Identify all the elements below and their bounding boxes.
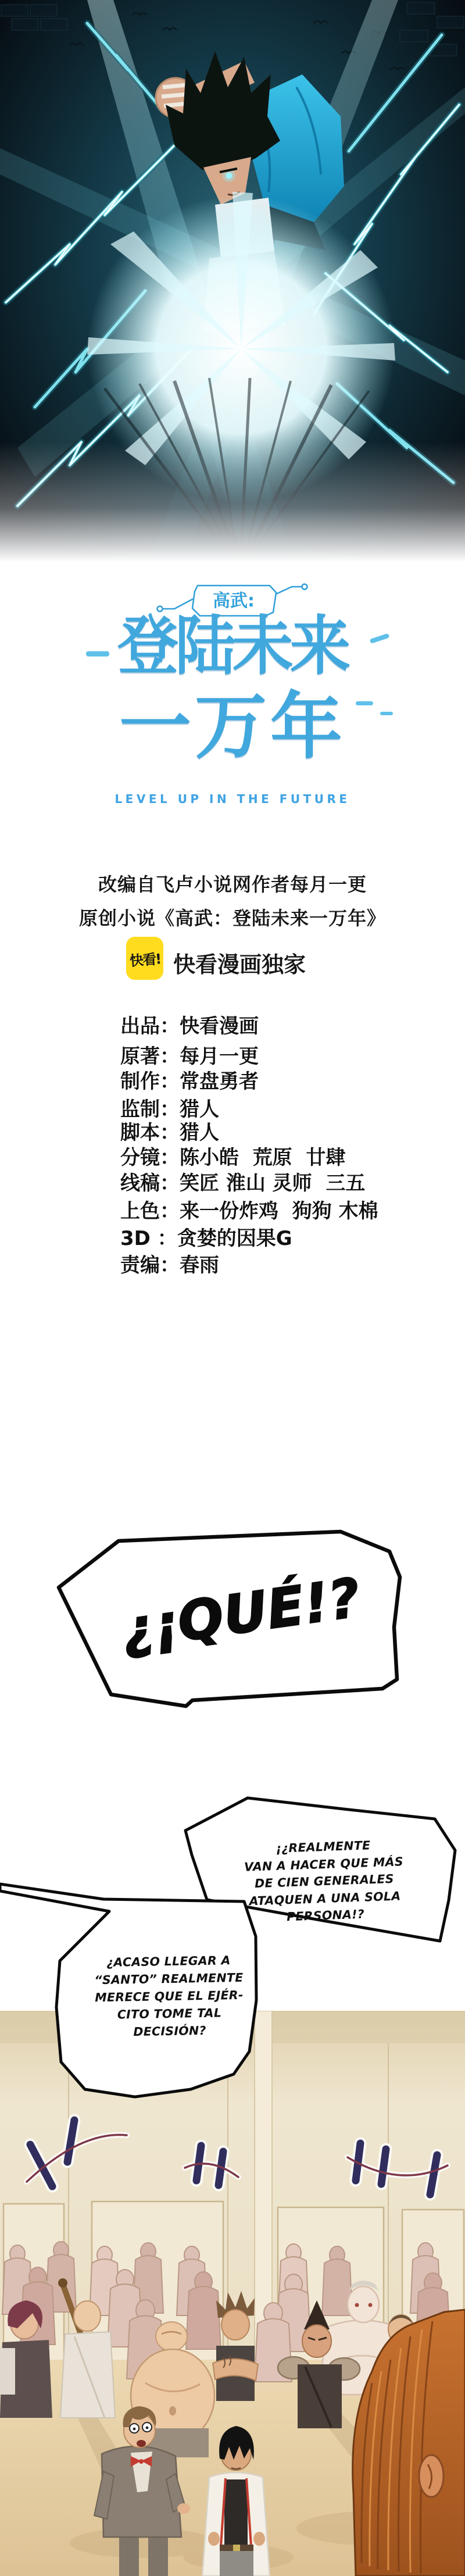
credit-value: 陈小皓 荒原 廿肆 bbox=[180, 1146, 345, 1169]
logo-decor-dash bbox=[356, 701, 373, 705]
credit-row: 3D ：贪婪的因果G bbox=[120, 1222, 292, 1251]
platform-exclusive-label: 快看漫画独家 bbox=[173, 947, 306, 979]
credit-row: 线稿：笑匠 淮山 灵师 三五 bbox=[120, 1167, 365, 1196]
credit-value: 春雨 bbox=[180, 1254, 219, 1277]
left-bubble-text: ¿ACASO LLEGAR A “SANTO” REALMENTE MERECE… bbox=[84, 1951, 255, 2041]
logo-badge-text: 高武: bbox=[213, 591, 255, 611]
credit-row: 分镜：陈小皓 荒原 廿肆 bbox=[120, 1141, 345, 1170]
credit-value: 常盘勇者 bbox=[180, 1070, 259, 1093]
right-bubble-text: ¡¿REALMENTE VAN A HACER QUE MÁS DE CIEN … bbox=[238, 1836, 411, 1928]
logo-title-line2: 一万年 bbox=[0, 691, 465, 763]
kuaikan-logo-icon: 快看! bbox=[126, 937, 163, 980]
logo-decor-dash bbox=[380, 712, 393, 715]
credit-label: 线稿： bbox=[120, 1172, 180, 1195]
credit-row: 原著：每月一更 bbox=[120, 1040, 259, 1069]
credit-label: 原著： bbox=[120, 1045, 180, 1068]
credit-row: 脚本：猎人 bbox=[120, 1116, 219, 1145]
logo-decor-dash bbox=[86, 651, 109, 657]
original-novel-note: 原创小说《高武：登陆未来一万年》 bbox=[0, 904, 465, 930]
credit-label: 分镜： bbox=[120, 1146, 180, 1169]
credit-label: 3D ： bbox=[120, 1227, 177, 1250]
credit-row: 出品：快看漫画 bbox=[120, 1010, 259, 1039]
credit-label: 脚本： bbox=[120, 1121, 180, 1144]
bubble-line: DECISIÓN? bbox=[85, 2021, 255, 2041]
credit-value: 快看漫画 bbox=[180, 1015, 259, 1038]
kuaikan-logo-text: 快看! bbox=[128, 947, 160, 970]
credit-label: 制作： bbox=[120, 1070, 180, 1093]
logo-subtitle: LEVEL UP IN THE FUTURE bbox=[0, 792, 465, 806]
credit-label: 出品： bbox=[120, 1015, 180, 1038]
credit-value: 笑匠 淮山 灵师 三五 bbox=[180, 1172, 365, 1195]
credit-row: 上色：来一份炸鸡 狗狗 木棉 bbox=[120, 1195, 378, 1223]
credit-label: 责编： bbox=[120, 1254, 180, 1277]
credit-value: 每月一更 bbox=[180, 1045, 259, 1068]
credit-row: 制作：常盘勇者 bbox=[120, 1065, 259, 1094]
comic-page: 高武: 登陆未来 一万年 LEVEL UP IN THE FUTURE 改编自飞… bbox=[0, 0, 465, 2576]
spiky-hair-figure bbox=[213, 2291, 258, 2401]
hero-white-fade bbox=[0, 442, 465, 588]
adaptation-note: 改编自飞卢小说网作者每月一更 bbox=[0, 870, 465, 897]
credit-row: 责编：春雨 bbox=[120, 1249, 219, 1278]
bubble-line: MERECE QUE EL EJÉR- bbox=[84, 1986, 254, 2006]
credit-value: 贪婪的因果G bbox=[177, 1227, 292, 1250]
credit-value: 猎人 bbox=[180, 1121, 219, 1144]
credit-label: 上色： bbox=[120, 1200, 180, 1223]
hero-illustration bbox=[0, 0, 465, 587]
credit-value: 来一份炸鸡 狗狗 木棉 bbox=[180, 1200, 378, 1223]
logo-title-line1: 登陆未来 bbox=[12, 614, 453, 678]
